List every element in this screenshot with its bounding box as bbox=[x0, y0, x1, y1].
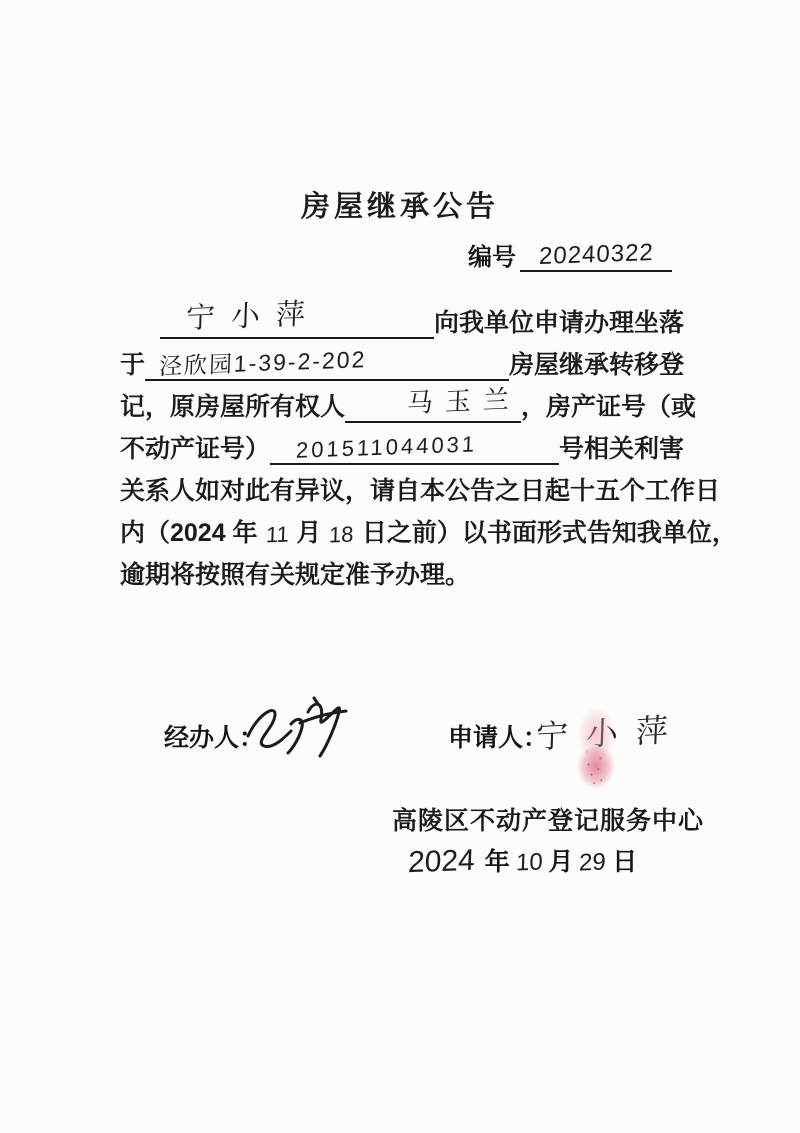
line3-prefix: 记，原房屋所有权人 bbox=[120, 387, 345, 423]
org-name: 高陵区不动产登记服务中心 bbox=[392, 801, 704, 837]
certificate-number-blank: 201511044031 bbox=[270, 437, 559, 465]
line3-suffix: ，房产证号（或 bbox=[521, 387, 696, 423]
line6-part1: 内（2024 年 bbox=[120, 513, 258, 549]
body-line-1: 宁小萍 向我单位申请办理坐落 bbox=[120, 297, 684, 339]
line1-text: 向我单位申请办理坐落 bbox=[434, 303, 684, 339]
doc-number-value-handwritten: 20240322 bbox=[538, 239, 654, 271]
page-title: 房屋继承公告 bbox=[0, 184, 800, 225]
date-line: 2024 年 10 月 29 日 bbox=[408, 842, 637, 878]
body-line-6: 内（2024 年 11 月 18 日之前）以书面形式告知我单位， bbox=[120, 507, 684, 549]
deadline-day-handwritten: 18 bbox=[329, 522, 354, 549]
date-day-char: 日 bbox=[612, 842, 637, 878]
line6-part3: 日之前）以书面形式告知我单位， bbox=[362, 513, 737, 549]
body-text: 宁小萍 向我单位申请办理坐落 于 泾欣园1-39-2-202 房屋继承转移登 记… bbox=[120, 297, 684, 591]
date-month-handwritten: 10 bbox=[515, 849, 543, 878]
body-line-3: 记，原房屋所有权人 马玉兰 ，房产证号（或 bbox=[120, 381, 684, 423]
document-page: 房屋继承公告 编号 20240322 宁小萍 向我单位申请办理坐落 于 泾欣园1… bbox=[0, 0, 800, 1133]
line4-suffix: 号相关利害 bbox=[559, 429, 684, 465]
body-line-7: 逾期将按照有关规定准予办理。 bbox=[120, 549, 684, 591]
line2-prefix: 于 bbox=[120, 345, 145, 381]
address-handwritten: 泾欣园1-39-2-202 bbox=[145, 341, 368, 382]
body-line-4: 不动产证号） 201511044031 号相关利害 bbox=[120, 423, 684, 465]
deadline-month-handwritten: 11 bbox=[265, 522, 289, 549]
body-line-2: 于 泾欣园1-39-2-202 房屋继承转移登 bbox=[120, 339, 684, 381]
doc-number-blank: 20240322 bbox=[520, 242, 672, 272]
date-month-char: 月 bbox=[548, 842, 573, 878]
applicant-label: 申请人： bbox=[448, 718, 548, 754]
applicant-name-blank: 宁小萍 bbox=[160, 296, 434, 339]
certificate-number-handwritten: 201511044031 bbox=[270, 431, 478, 464]
doc-number-line: 编号 20240322 bbox=[468, 237, 672, 272]
date-year-char: 年 bbox=[485, 842, 510, 878]
line5-text: 关系人如对此有异议，请自本公告之日起十五个工作日 bbox=[120, 471, 720, 507]
operator-signature-icon bbox=[242, 690, 360, 768]
applicant-name-handwritten: 宁小萍 bbox=[159, 291, 321, 338]
line6-part2: 月 bbox=[296, 513, 321, 549]
line4-prefix: 不动产证号） bbox=[120, 429, 270, 465]
line2-suffix: 房屋继承转移登 bbox=[509, 345, 684, 381]
owner-name-handwritten: 马玉兰 bbox=[344, 379, 521, 422]
line7-text: 逾期将按照有关规定准予办理。 bbox=[120, 555, 470, 591]
date-year-handwritten: 2024 bbox=[407, 844, 475, 880]
address-blank: 泾欣园1-39-2-202 bbox=[145, 346, 509, 381]
date-day-handwritten: 29 bbox=[579, 849, 607, 878]
body-line-5: 关系人如对此有异议，请自本公告之日起十五个工作日 bbox=[120, 465, 684, 507]
doc-number-label: 编号 bbox=[468, 237, 516, 272]
owner-name-blank: 马玉兰 bbox=[345, 384, 521, 423]
